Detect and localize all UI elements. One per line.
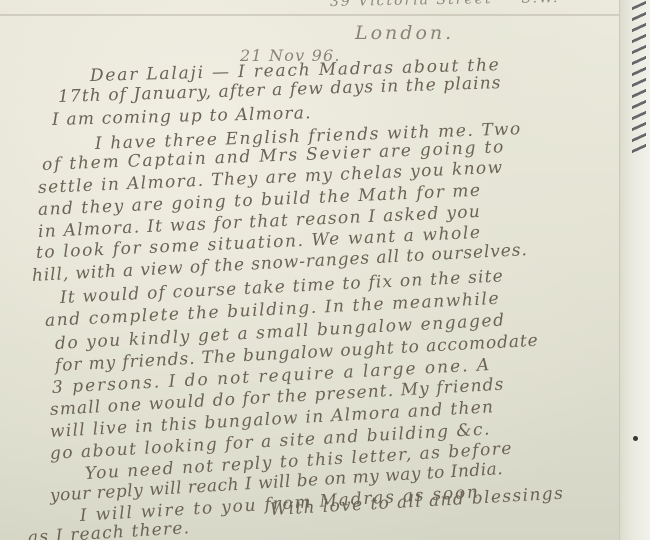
letter-place: London.	[355, 22, 454, 44]
ink-blot	[633, 436, 638, 441]
paper-edge	[619, 0, 650, 540]
paper-fold-line	[0, 14, 620, 16]
letter-photograph: 39 Victoria Street — S.W. London. 21 Nov…	[0, 0, 650, 540]
letter-line: I am coming up to Almora.	[52, 103, 312, 130]
letterhead-address: 39 Victoria Street — S.W.	[330, 0, 560, 10]
underlying-page-marks	[632, 1, 646, 158]
